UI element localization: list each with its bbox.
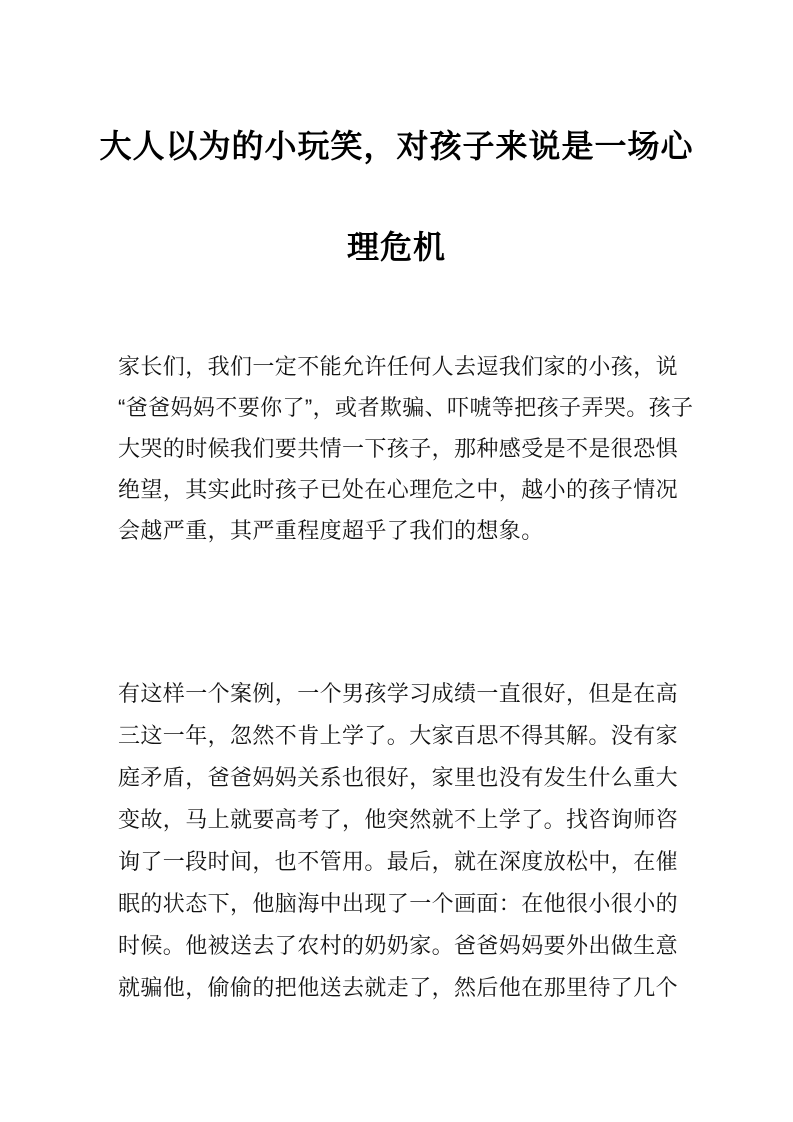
paragraph-2-line-2: 三这一年，忽然不肯上学了。大家百思不得其解。没有家 <box>118 715 678 757</box>
paragraph-1-line-4: 绝望，其实此时孩子已处在心理危之中，越小的孩子情况 <box>118 469 678 510</box>
paragraph-1-line-3: 大哭的时候我们要共情一下孩子，那种感受是不是很恐惧 <box>118 428 678 469</box>
title-line-2: 理危机 <box>60 197 733 298</box>
paragraph-2-line-7: 时候。他被送去了农村的奶奶家。爸爸妈妈要外出做生意 <box>118 925 678 967</box>
paragraph-2-line-5: 询了一段时间，也不管用。最后，就在深度放松中，在催 <box>118 841 678 883</box>
paragraph-2-line-1: 有这样一个案例，一个男孩学习成绩一直很好，但是在高 <box>118 673 678 715</box>
paragraph-1-line-2: “爸爸妈妈不要你了”，或者欺骗、吓唬等把孩子弄哭。孩子 <box>118 387 678 428</box>
document-title: 大人以为的小玩笑，对孩子来说是一场心 理危机 <box>60 96 733 298</box>
paragraph-2-line-8: 就骗他，偷偷的把他送去就走了，然后他在那里待了几个 <box>118 967 678 1009</box>
document-page: 大人以为的小玩笑，对孩子来说是一场心 理危机 家长们，我们一定不能允许任何人去逗… <box>0 0 793 1122</box>
paragraph-1-line-5: 会越严重，其严重程度超乎了我们的想象。 <box>118 510 678 551</box>
paragraph-2: 有这样一个案例，一个男孩学习成绩一直很好，但是在高 三这一年，忽然不肯上学了。大… <box>118 673 678 1009</box>
paragraph-2-line-4: 变故，马上就要高考了，他突然就不上学了。找咨询师咨 <box>118 799 678 841</box>
title-line-1: 大人以为的小玩笑，对孩子来说是一场心 <box>60 96 733 197</box>
paragraph-1-line-1: 家长们，我们一定不能允许任何人去逗我们家的小孩，说 <box>118 346 678 387</box>
paragraph-2-line-3: 庭矛盾，爸爸妈妈关系也很好，家里也没有发生什么重大 <box>118 757 678 799</box>
paragraph-2-line-6: 眠的状态下，他脑海中出现了一个画面：在他很小很小的 <box>118 883 678 925</box>
paragraph-1: 家长们，我们一定不能允许任何人去逗我们家的小孩，说 “爸爸妈妈不要你了”，或者欺… <box>118 346 678 551</box>
